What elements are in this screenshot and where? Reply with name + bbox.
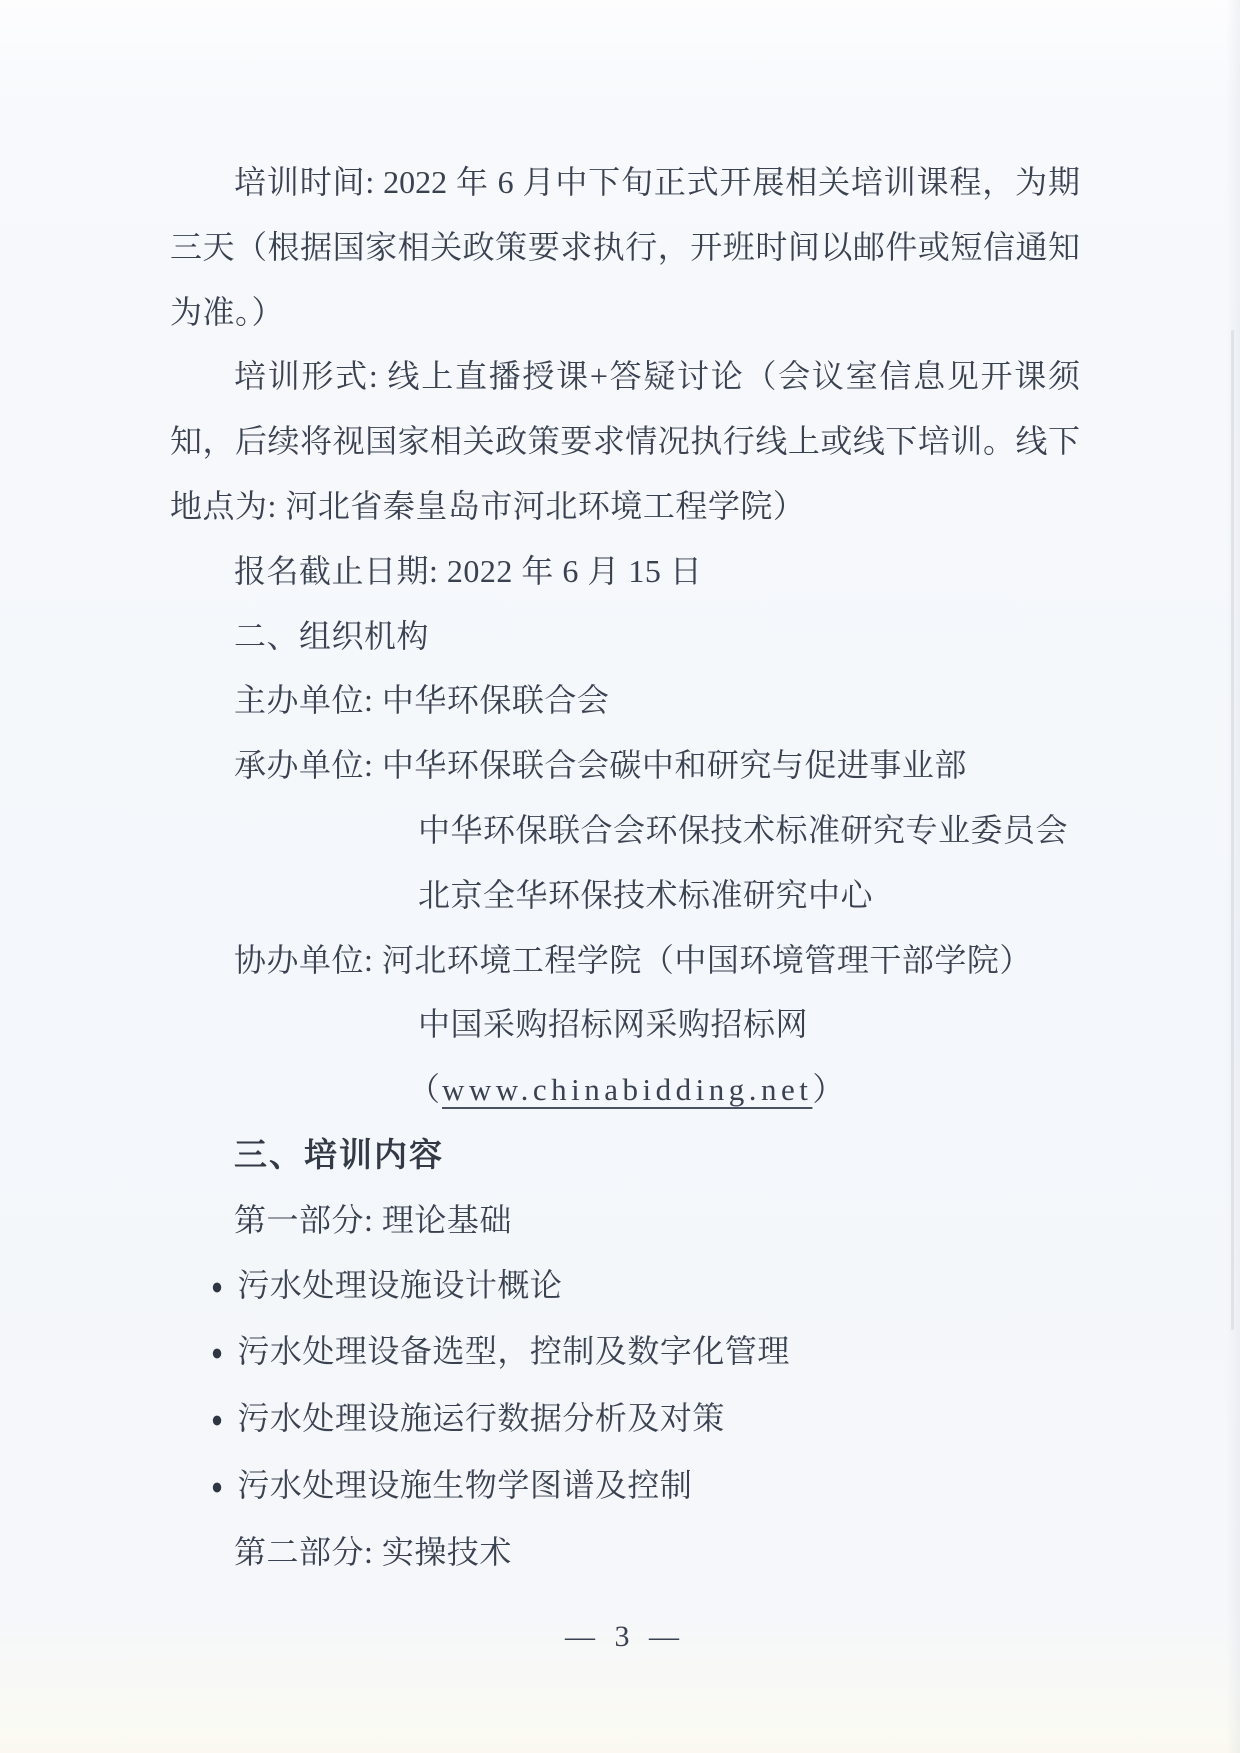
bullet-text: 污水处理设施生物学图谱及控制	[237, 1467, 692, 1503]
doc-line: 培训形式: 线上直播授课+答疑讨论（会议室信息见开课须	[170, 344, 1080, 409]
doc-line: 知，后续将视国家相关政策要求情况执行线上或线下培训。线下	[170, 409, 1080, 474]
doc-line: 北京全华环保技术标准研究中心	[170, 863, 1080, 928]
doc-line: 报名截止日期: 2022 年 6 月 15 日	[170, 539, 1080, 604]
bullet-text: 污水处理设施设计概论	[237, 1267, 562, 1303]
bullet-icon: ●	[211, 1255, 223, 1320]
bullet-icon: ●	[211, 1321, 223, 1386]
paren-close: ）	[812, 1071, 846, 1107]
document-body: 培训时间: 2022 年 6 月中下旬正式开展相关培训课程，为期三天（根据国家相…	[170, 150, 1080, 1585]
doc-line: 二、组织机构	[170, 604, 1080, 669]
bullet-item: ●污水处理设施运行数据分析及对策	[170, 1386, 1080, 1453]
bullet-icon: ●	[211, 1455, 223, 1520]
bullet-text: 污水处理设施运行数据分析及对策	[237, 1400, 725, 1436]
doc-line: 中华环保联合会环保技术标准研究专业委员会	[170, 798, 1080, 863]
doc-line: 第二部分: 实操技术	[170, 1520, 1080, 1585]
doc-line: 协办单位: 河北环境工程学院（中国环境管理干部学院）	[170, 928, 1080, 993]
doc-line: 中国采购招标网采购招标网	[170, 992, 1080, 1057]
bullet-text: 污水处理设备选型，控制及数字化管理	[237, 1333, 790, 1369]
website-url: www.chinabidding.net	[442, 1072, 812, 1107]
doc-line: 承办单位: 中华环保联合会碳中和研究与促进事业部	[170, 733, 1080, 798]
bullet-item: ●污水处理设施设计概论	[170, 1253, 1080, 1320]
doc-line: 为准。）	[170, 280, 1080, 345]
section-heading: 三、培训内容	[170, 1123, 1080, 1188]
doc-line: 三天（根据国家相关政策要求执行，开班时间以邮件或短信通知	[170, 215, 1080, 280]
doc-line: 培训时间: 2022 年 6 月中下旬正式开展相关培训课程，为期	[170, 150, 1080, 215]
doc-line: 地点为: 河北省秦皇岛市河北环境工程学院）	[170, 474, 1080, 539]
website-line: （www.chinabidding.net）	[170, 1057, 1080, 1123]
paren-open: （	[408, 1071, 442, 1107]
page-number: — 3 —	[170, 1617, 1080, 1657]
scan-edge-artifact	[1231, 330, 1234, 1330]
scanned-document-page: 培训时间: 2022 年 6 月中下旬正式开展相关培训课程，为期三天（根据国家相…	[0, 0, 1240, 1753]
bullet-icon: ●	[211, 1388, 223, 1453]
doc-line: 第一部分: 理论基础	[170, 1188, 1080, 1253]
bullet-item: ●污水处理设施生物学图谱及控制	[170, 1453, 1080, 1520]
doc-line: 主办单位: 中华环保联合会	[170, 668, 1080, 733]
bullet-item: ●污水处理设备选型，控制及数字化管理	[170, 1319, 1080, 1386]
